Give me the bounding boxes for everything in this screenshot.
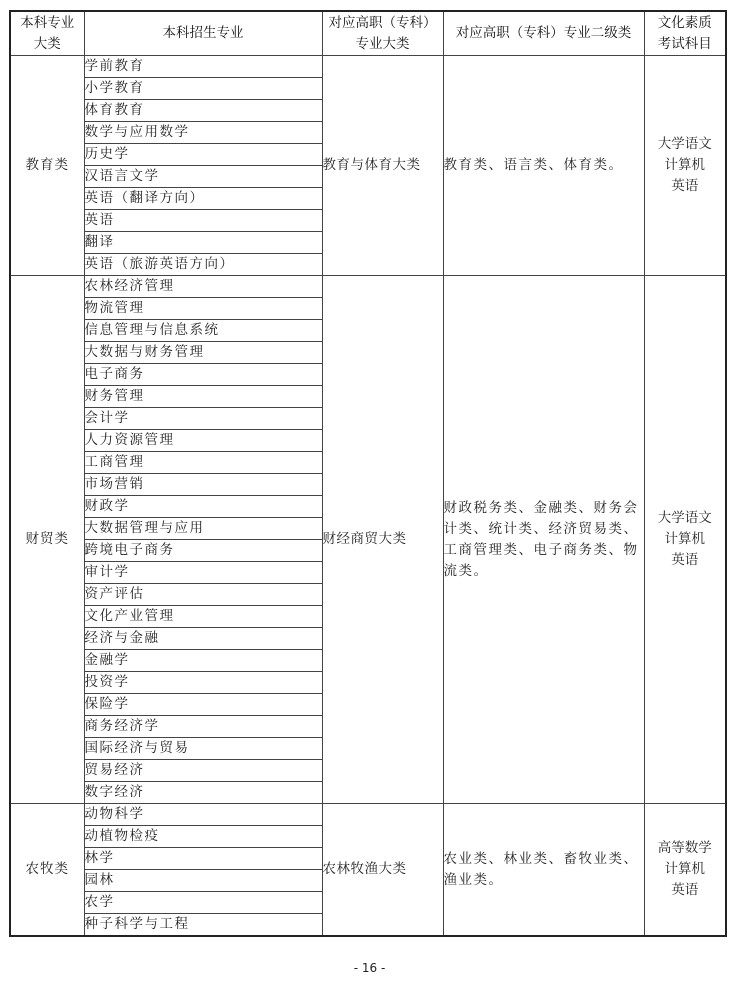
undergrad-major-cell: 数学与应用数学	[84, 122, 322, 144]
header-undergrad-category: 本科专业大类	[10, 11, 84, 56]
undergrad-major-cell: 财务管理	[84, 386, 322, 408]
undergrad-major-cell: 英语（翻译方向）	[84, 188, 322, 210]
undergrad-major-cell: 大数据管理与应用	[84, 518, 322, 540]
undergrad-major-cell: 园林	[84, 870, 322, 892]
category-cell: 财贸类	[10, 276, 84, 804]
undergrad-major-cell: 经济与金融	[84, 628, 322, 650]
undergrad-major-cell: 翻译	[84, 232, 322, 254]
exam-subject: 英语	[645, 880, 726, 901]
header-undergrad-majors: 本科招生专业	[84, 11, 322, 56]
undergrad-major-cell: 市场营销	[84, 474, 322, 496]
undergrad-major-cell: 汉语言文学	[84, 166, 322, 188]
undergrad-major-cell: 小学教育	[84, 78, 322, 100]
undergrad-major-cell: 财政学	[84, 496, 322, 518]
table-body: 教育类学前教育教育与体育大类教育类、语言类、体育类。大学语文计算机英语小学教育体…	[10, 56, 726, 937]
undergrad-major-cell: 文化产业管理	[84, 606, 322, 628]
undergrad-major-cell: 国际经济与贸易	[84, 738, 322, 760]
major-mapping-table: 本科专业大类 本科招生专业 对应高职（专科）专业大类 对应高职（专科）专业二级类…	[9, 10, 727, 937]
vocational-major-class-cell: 教育与体育大类	[322, 56, 443, 276]
exam-subjects-cell: 大学语文计算机英语	[644, 56, 726, 276]
category-cell: 农牧类	[10, 804, 84, 937]
undergrad-major-cell: 电子商务	[84, 364, 322, 386]
undergrad-major-cell: 会计学	[84, 408, 322, 430]
exam-subject: 大学语文	[645, 508, 726, 529]
table-row: 财贸类农林经济管理财经商贸大类财政税务类、金融类、财务会计类、统计类、经济贸易类…	[10, 276, 726, 298]
category-cell: 教育类	[10, 56, 84, 276]
header-vocational-major-class: 对应高职（专科）专业大类	[322, 11, 443, 56]
undergrad-major-cell: 农林经济管理	[84, 276, 322, 298]
undergrad-major-cell: 投资学	[84, 672, 322, 694]
undergrad-major-cell: 动物科学	[84, 804, 322, 826]
undergrad-major-cell: 农学	[84, 892, 322, 914]
exam-subject: 英语	[645, 176, 726, 197]
undergrad-major-cell: 审计学	[84, 562, 322, 584]
exam-subject: 计算机	[645, 155, 726, 176]
table-row: 农牧类动物科学农林牧渔大类农业类、林业类、畜牧业类、渔业类。高等数学计算机英语	[10, 804, 726, 826]
undergrad-major-cell: 大数据与财务管理	[84, 342, 322, 364]
undergrad-major-cell: 数字经济	[84, 782, 322, 804]
undergrad-major-cell: 资产评估	[84, 584, 322, 606]
exam-subjects-cell: 高等数学计算机英语	[644, 804, 726, 937]
exam-subject: 计算机	[645, 859, 726, 880]
header-exam-subjects: 文化素质考试科目	[644, 11, 726, 56]
undergrad-major-cell: 人力资源管理	[84, 430, 322, 452]
undergrad-major-cell: 英语（旅游英语方向）	[84, 254, 322, 276]
exam-subjects-cell: 大学语文计算机英语	[644, 276, 726, 804]
undergrad-major-cell: 保险学	[84, 694, 322, 716]
table-row: 教育类学前教育教育与体育大类教育类、语言类、体育类。大学语文计算机英语	[10, 56, 726, 78]
page-number: - 16 -	[0, 961, 739, 975]
undergrad-major-cell: 跨境电子商务	[84, 540, 322, 562]
undergrad-major-cell: 林学	[84, 848, 322, 870]
undergrad-major-cell: 历史学	[84, 144, 322, 166]
vocational-sub-classes-cell: 农业类、林业类、畜牧业类、渔业类。	[443, 804, 644, 937]
vocational-sub-classes-cell: 财政税务类、金融类、财务会计类、统计类、经济贸易类、工商管理类、电子商务类、物流…	[443, 276, 644, 804]
undergrad-major-cell: 种子科学与工程	[84, 914, 322, 937]
undergrad-major-cell: 物流管理	[84, 298, 322, 320]
undergrad-major-cell: 学前教育	[84, 56, 322, 78]
exam-subject: 英语	[645, 550, 726, 571]
header-vocational-sub-classes: 对应高职（专科）专业二级类	[443, 11, 644, 56]
vocational-major-class-cell: 农林牧渔大类	[322, 804, 443, 937]
exam-subject: 计算机	[645, 529, 726, 550]
undergrad-major-cell: 贸易经济	[84, 760, 322, 782]
table-header-row: 本科专业大类 本科招生专业 对应高职（专科）专业大类 对应高职（专科）专业二级类…	[10, 11, 726, 56]
undergrad-major-cell: 信息管理与信息系统	[84, 320, 322, 342]
undergrad-major-cell: 体育教育	[84, 100, 322, 122]
undergrad-major-cell: 英语	[84, 210, 322, 232]
undergrad-major-cell: 金融学	[84, 650, 322, 672]
vocational-major-class-cell: 财经商贸大类	[322, 276, 443, 804]
vocational-sub-classes-cell: 教育类、语言类、体育类。	[443, 56, 644, 276]
undergrad-major-cell: 动植物检疫	[84, 826, 322, 848]
undergrad-major-cell: 工商管理	[84, 452, 322, 474]
exam-subject: 大学语文	[645, 134, 726, 155]
exam-subject: 高等数学	[645, 838, 726, 859]
undergrad-major-cell: 商务经济学	[84, 716, 322, 738]
